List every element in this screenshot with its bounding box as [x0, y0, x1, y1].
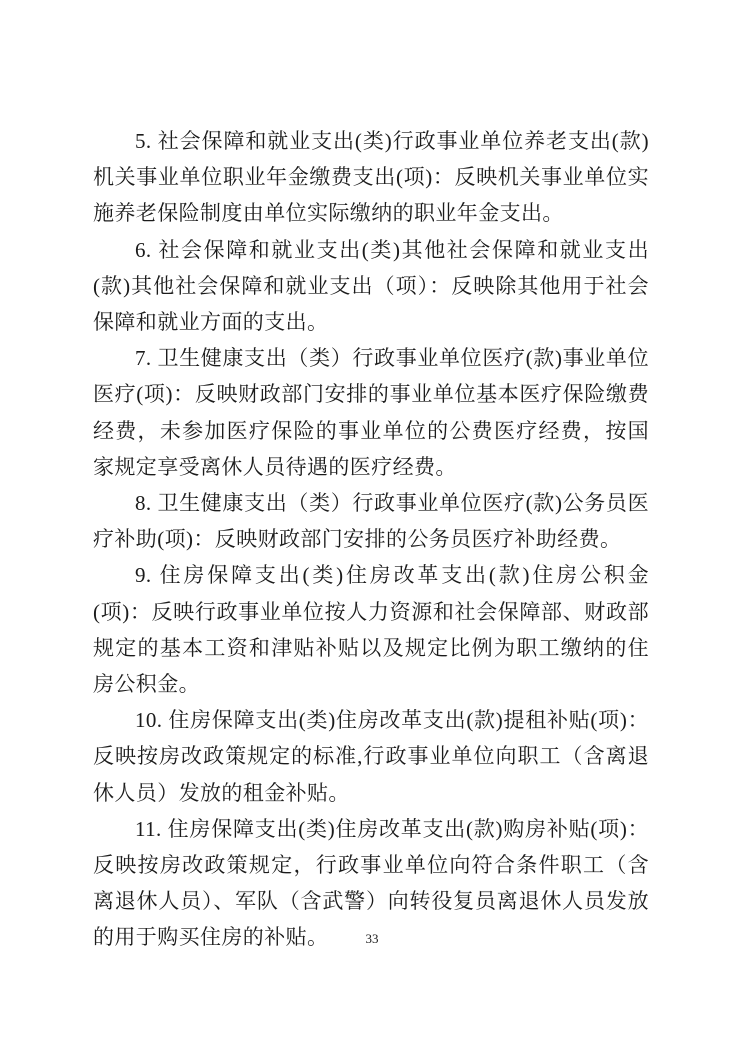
paragraph-9: 9. 住房保障支出(类)住房改革支出(款)住房公积金(项)：反映行政事业单位按人… [93, 557, 649, 702]
page-footer: 33 [0, 930, 744, 948]
paragraph-10: 10. 住房保障支出(类)住房改革支出(款)提租补贴(项)：反映按房改政策规定的… [93, 702, 649, 811]
paragraph-5: 5. 社会保障和就业支出(类)行政事业单位养老支出(款)机关事业单位职业年金缴费… [93, 123, 649, 232]
paragraph-6: 6. 社会保障和就业支出(类)其他社会保障和就业支出(款)其他社会保障和就业支出… [93, 232, 649, 341]
paragraph-8: 8. 卫生健康支出（类）行政事业单位医疗(款)公务员医疗补助(项)：反映财政部门… [93, 485, 649, 557]
paragraph-7: 7. 卫生健康支出（类）行政事业单位医疗(款)事业单位医疗(项)：反映财政部门安… [93, 340, 649, 485]
page-number: 33 [366, 931, 379, 946]
body-text: 5. 社会保障和就业支出(类)行政事业单位养老支出(款)机关事业单位职业年金缴费… [93, 123, 649, 956]
document-page: 5. 社会保障和就业支出(类)行政事业单位养老支出(款)机关事业单位职业年金缴费… [0, 0, 744, 1052]
